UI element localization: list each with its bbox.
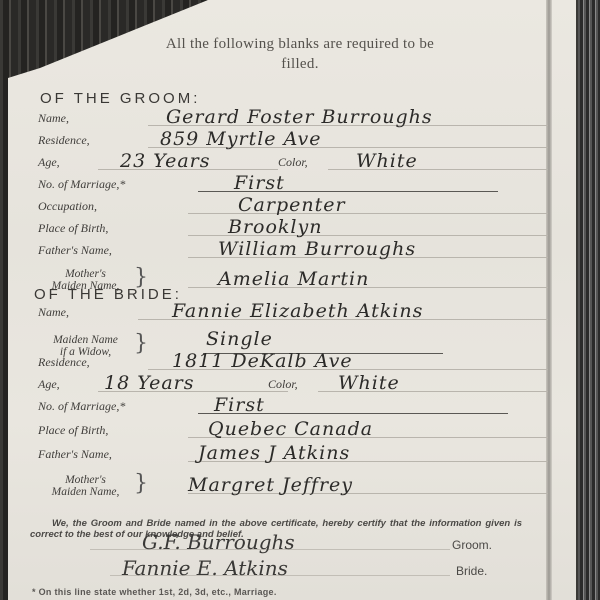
groom-occupation-value: Carpenter [238,194,346,216]
groom-name-row: Name, Gerard Foster Burroughs [38,106,548,128]
groom-age-value: 23 Years [120,150,211,172]
bride-name-value: Fannie Elizabeth Atkins [172,300,423,322]
groom-birthplace-label: Place of Birth, [38,221,108,236]
groom-birthplace-row: Place of Birth, Brooklyn [38,216,548,238]
bride-color-value: White [338,372,400,394]
bride-birthplace-row: Place of Birth, Quebec Canada [38,418,548,440]
bride-age-color-row: Age, 18 Years Color, White [38,372,548,394]
groom-color-label: Color, [278,155,308,170]
label-line-1: Mother's [65,474,106,486]
groom-name-value: Gerard Foster Burroughs [166,106,433,128]
groom-signature: G.F. Burroughs [142,530,295,554]
bride-name-row: Name, Fannie Elizabeth Atkins [38,300,548,322]
bride-mother-label: Mother's Maiden Name, [38,474,133,498]
bride-residence-label: Residence, [38,355,90,370]
groom-heading: OF THE GROOM: [40,90,200,107]
bride-marriage-no-value: First [214,394,265,416]
groom-mother-value: Amelia Martin [218,268,369,290]
bride-role-label: Bride. [456,564,487,578]
bride-signature: Fannie E. Atkins [122,556,288,580]
bride-marriage-no-label: No. of Marriage,* [38,399,125,414]
groom-age-color-row: Age, 23 Years Color, White [38,150,548,172]
groom-age-label: Age, [38,155,60,170]
bride-father-value: James J Atkins [198,442,350,464]
groom-father-row: Father's Name, William Burroughs [38,238,548,260]
groom-color-value: White [356,150,418,172]
groom-residence-row: Residence, 859 Myrtle Ave [38,128,548,150]
bride-marriage-no-row: No. of Marriage,* First [38,394,548,416]
groom-occupation-row: Occupation, Carpenter [38,194,548,216]
footnote: * On this line state whether 1st, 2d, 3d… [32,587,277,597]
groom-occupation-label: Occupation, [38,199,97,214]
bride-color-label: Color, [268,377,298,392]
groom-role-label: Groom. [452,538,492,552]
groom-marriage-no-value: First [234,172,285,194]
instructions-line-1: All the following blanks are required to… [0,36,600,53]
bride-mother-row: Mother's Maiden Name, } Margret Jeffrey [38,470,548,496]
instructions-line-2: filled. [0,56,600,73]
brace-icon: } [134,471,148,496]
groom-name-label: Name, [38,111,69,126]
label-line-1: Maiden Name [53,334,118,346]
groom-residence-label: Residence, [38,133,90,148]
groom-father-value: William Burroughs [218,238,416,260]
stacked-pages-edge [578,0,600,600]
groom-birthplace-value: Brooklyn [228,216,322,238]
bride-birthplace-label: Place of Birth, [38,423,108,438]
bride-age-label: Age, [38,377,60,392]
bride-widow-name-value: Single [206,328,273,350]
bride-name-label: Name, [38,305,69,320]
bride-father-label: Father's Name, [38,447,112,462]
label-line-2: Maiden Name, [52,486,120,498]
bride-residence-value: 1811 DeKalb Ave [172,350,353,372]
groom-marriage-no-label: No. of Marriage,* [38,177,125,192]
groom-residence-value: 859 Myrtle Ave [160,128,322,150]
groom-signature-row: G.F. Burroughs Groom. [90,530,520,554]
bride-mother-value: Margret Jeffrey [188,474,353,496]
label-line-1: Mother's [65,268,106,280]
bride-age-value: 18 Years [104,372,195,394]
bride-birthplace-value: Quebec Canada [208,418,373,440]
bride-father-row: Father's Name, James J Atkins [38,442,548,464]
groom-marriage-no-row: No. of Marriage,* First [38,172,548,194]
bride-signature-row: Fannie E. Atkins Bride. [110,556,520,580]
groom-father-label: Father's Name, [38,243,112,258]
bride-residence-row: Residence, 1811 DeKalb Ave [38,350,548,372]
